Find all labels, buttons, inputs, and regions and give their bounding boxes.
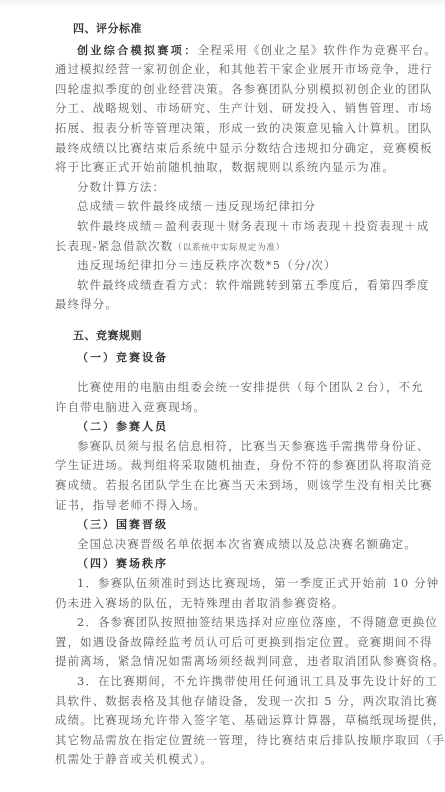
view-method: 软件最终成绩查看方式：软件端跳转到第五季度后，看第四季度 <box>55 276 377 296</box>
rule-item-1: 1．参赛队伍须准时到达比赛现场，第一季度正式开始前 10 分钟 <box>55 574 377 594</box>
formula-software: 软件最终成绩＝盈利表现＋财务表现＋市场表现＋投资表现＋成 <box>55 217 377 237</box>
paragraph-line: 创业综合模拟赛项：全程采用《创业之星》软件作为竞赛平台。 <box>55 41 377 61</box>
paragraph-line: 分工、战略规划、市场研究、生产计划、研发投入、销售管理、市场 <box>55 99 377 119</box>
paragraph-line: 成绩。比赛现场允许带入签字笔、基础运算计算器，草稿纸现场提供， <box>55 711 377 731</box>
paragraph-line: 拓展、报表分析等管理决策，形成一致的决策意见输入计算机。团队 <box>55 119 377 139</box>
paragraph-line: 参赛队员须与报名信息相符，比赛当天参赛选手需携带身份证、 <box>55 437 377 457</box>
paragraph-line: 具软件、数据表格及其他存储设备，发现一次扣 5 分，两次取消比赛 <box>55 692 377 712</box>
formula-software-cont: 长表现-紧急借款次数（以系统中实际规定为准） <box>55 237 377 257</box>
rule-item-3: 3．在比赛期间，不允许携带使用任何通讯工具及事先设计好的工 <box>55 672 377 692</box>
page-top-edge <box>0 0 445 7</box>
text-span: 长表现-紧急借款次数 <box>55 239 173 253</box>
paragraph-line: 最终成绩以比赛结束后系统中显示分数结合违规扣分确定，竞赛模板 <box>55 139 377 159</box>
section-title-rules: 五、竞赛规则 <box>55 326 377 346</box>
paragraph-line: 许自带电脑进入竞赛现场。 <box>55 398 377 418</box>
paragraph-line: 学生证进场。裁判组将采取随机抽查，身份不符的参赛团队将取消竞 <box>55 456 377 476</box>
paragraph-line: 仍未进入赛场的队伍，无特殊理由者取消参赛资格。 <box>55 594 377 614</box>
paragraph-line: 全国总决赛晋级名单依据本次省赛成绩以及总决赛名额确定。 <box>55 535 377 555</box>
view-method-cont: 最终得分。 <box>55 295 377 315</box>
subsection-title-equipment: （一）竞赛设备 <box>55 348 377 368</box>
paragraph-line: 通过模拟经营一家初创企业，和其他若干家企业展开市场竞争，进行 <box>55 60 377 80</box>
paragraph-line: 机需处于静音或关机模式）。 <box>55 750 377 770</box>
paragraph-line: 四轮虚拟季度的创业经营决策。各参赛团队分别模拟初创企业的团队 <box>55 80 377 100</box>
paragraph-line: 比赛使用的电脑由组委会统一安排提供（每个团队２台），不允 <box>55 378 377 398</box>
section-title-scoring: 四、评分标准 <box>55 19 377 39</box>
paragraph-line: 置，如遇设备故障经监考员认可后可更换到指定位置。竞赛期间不得 <box>55 633 377 653</box>
subsection-title-advancement: （三）国赛晋级 <box>55 515 377 535</box>
paragraph-line: 其它物品需放在指定位置统一管理，待比赛结束后排队按顺序取回（手 <box>55 731 377 751</box>
paragraph-line: 将于比赛正式开始前随机抽取，数据规则以系统内显示为准。 <box>55 158 377 178</box>
subsection-title-participants: （二）参赛人员 <box>55 417 377 437</box>
formula-note: （以系统中实际规定为准） <box>173 243 285 253</box>
text-span: 全程采用《创业之星》软件作为竞赛平台。 <box>198 43 437 57</box>
lead-label: 创业综合模拟赛项： <box>77 44 198 57</box>
paragraph-line: 赛成绩。若报名团队学生在比赛当天未到场，则该学生没有相关比赛 <box>55 476 377 496</box>
paragraph-line: 提前离场，紧急情况如需离场须经裁判同意，违者取消团队参赛资格。 <box>55 652 377 672</box>
calc-method-label: 分数计算方法： <box>55 178 377 198</box>
document-page: 四、评分标准 创业综合模拟赛项：全程采用《创业之星》软件作为竞赛平台。 通过模拟… <box>55 19 377 770</box>
paragraph-line: 证书，指导老师不得入场。 <box>55 496 377 516</box>
formula-total: 总成绩＝软件最终成绩－违反现场纪律扣分 <box>55 197 377 217</box>
formula-penalty: 违反现场纪律扣分＝违反秩序次数*5（分/次） <box>55 256 377 276</box>
subsection-title-order: （四）赛场秩序 <box>55 554 377 574</box>
rule-item-2: 2．各参赛团队按照抽签结果选择对应座位落座，不得随意更换位 <box>55 613 377 633</box>
